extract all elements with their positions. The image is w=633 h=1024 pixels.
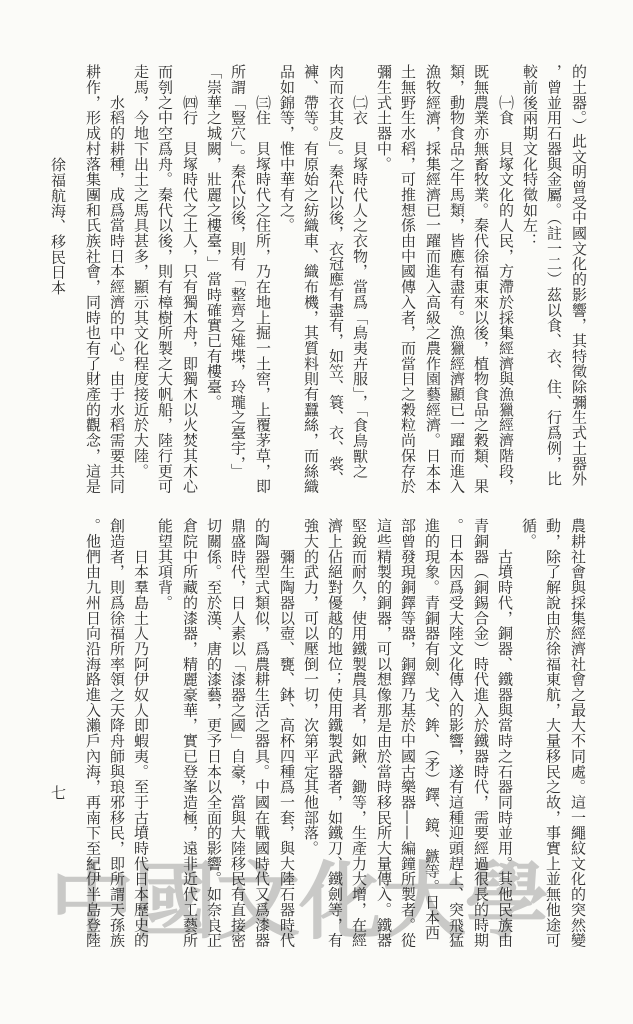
running-head: 徐福航海、移民日本 [50, 157, 65, 295]
text-column: 土無野生水稻，可推想係由中國傳入者，而當日之穀粒尚保存於 [400, 64, 415, 494]
text-column: 耕作，形成村落集團和氏族社會，同時也有了財產的觀念，這是 [85, 64, 100, 494]
text-column: 農耕社會與採集經濟社會之最大不同處。這一繩紋文化的突然變 [570, 518, 585, 948]
text-column: 強大的武力，可以壓倒一切，次第平定其他部落。 [303, 518, 318, 856]
text-column: 青銅器（銅錫合金）時代進入於鐵器時代，需要經過很長的時期 [473, 518, 488, 948]
text-column: 而刳之中空爲舟。秦代以後，則有樟樹所製之大帆船，陸行更可 [157, 64, 172, 494]
text-column: 所謂「豎穴」。秦代以後，則有「整齊之雉堞，玲瓏之臺宇，」 [230, 64, 245, 479]
text-column: 較前後兩期文化特徵如左： [522, 64, 537, 248]
section-clothing: ㈡衣 貝塚時代人之衣物，當爲「鳥夷卉服」，「食鳥獸之 [352, 64, 367, 479]
text-column: 「崇華之城闕，壯麗之樓臺，」當時確實已有樓臺。 [206, 64, 221, 410]
text-column: 進的現象。青銅器有劍、戈、鉾、（矛）鐸、鏡、鏃等。日本西 [424, 518, 439, 940]
text-column: 古墳時代，銅器、鐵器與當時之石器同時並用。其他民族由 [497, 518, 512, 948]
text-column: 倉院中所藏的漆器，精麗豪華，實已登峯造極，遠非近代工藝所 [182, 518, 197, 948]
text-column: 鼎盛時代，日人素以「漆器之國」自豪，當與大陸移民有直接密 [230, 518, 245, 948]
text-column: 彌生陶器以壺、甕、鉢、高杯四種爲一套，與大陸石器時代 [279, 518, 294, 948]
text-column: 。日本因爲受大陸文化傳入的影響，遂有這種迎頭趕上、突飛猛 [448, 518, 463, 948]
scanned-page: 中國文化大學 徐福航海、移民日本 七 的土器。）此文明曾受中國文化的影響，其特徵… [0, 0, 633, 1024]
text-column: 的陶器型式類似，爲農耕生活之器具。中國在戰國時代又爲漆器 [254, 518, 269, 948]
text-column: 部曾發現銅鐸等器，銅鐸乃基於中國古樂器——編鐘所製者。從 [400, 518, 415, 948]
text-column: 彌生式土器中。 [376, 64, 391, 171]
text-column: 能望其項背。 [157, 518, 172, 610]
section-dwelling: ㈢住 貝塚時代之住所，乃在地上掘一土窖，上覆茅草，即 [255, 64, 270, 494]
text-column: 水稻的耕種，成爲當時日本經濟的中心。由于水稻需要共同 [109, 64, 124, 494]
text-column: 。他們由九州日向沿海路進入瀨戶內海，再南下至紀伊半島登陸 [85, 518, 100, 948]
text-column: 切關係。至於漢、唐的漆藝，更予日本以全面的影響。如奈良正 [206, 518, 221, 948]
section-food: ㈠食 貝塚文化的人民，方滯於採集經濟與漁獵經濟階段， [498, 64, 513, 494]
text-column: 堅銳而耐久，使用鐵製農具者，如鍬、鋤等，生產力大增，在經 [351, 518, 366, 948]
text-column: 褲、帶等。有原始之紡織車、織布機，其質料則有蠶絲，而絲織 [303, 64, 318, 494]
text-column: 既無農業亦無畜牧業。秦代徐福東來以後，植物食品之穀類、果 [473, 64, 488, 494]
text-column: 品如錦等，惟中華有之。 [279, 64, 294, 233]
text-column: 這些精製的銅器，可以想像那是由於當時移民所大量傳入。鐵器 [376, 518, 391, 948]
text-column: 的土器。）此文明曾受中國文化的影響，其特徵除彌生式土器外 [571, 64, 586, 486]
text-column: 創造者，則爲徐福所率領之天降舟師與琅邪移民，即所謂天孫族 [109, 518, 124, 948]
page-number: 七 [50, 785, 65, 800]
text-column: 漁牧經濟，採集經濟已一躍而進入高級之農作園藝經濟。日本本 [425, 64, 440, 494]
text-column: 動，除了解說由於徐福東航，大量移民之故，事實上並無他途可 [545, 518, 560, 948]
text-column: ，曾並用石器與金屬。（註一二）茲以食、衣、住、行爲例，比 [546, 64, 561, 486]
text-column: 日本羣島土人乃阿伊奴人即蝦夷。至于古墳時代日本歷史的 [133, 518, 148, 948]
section-travel: ㈣行 貝塚時代之土人，只有獨木舟，即獨木以火焚其木心 [182, 64, 197, 494]
text-column: 類，動物食品之牛馬類，皆應有盡有。漁獵經濟顯已一躍而進入 [449, 64, 464, 494]
text-column: 循。 [521, 518, 536, 549]
text-column: 走馬，今地下出土之馬具甚多，顯示其文化程度接近於大陸。 [133, 64, 148, 478]
text-column: 濟上佔絕對優越的地位；使用鐵製武器者，如鐵刀、鐵劍等，有 [327, 518, 342, 948]
text-column: 肉而衣其皮」。秦代以後，衣冠應有盡有，如笠、簑、衣、裳、 [328, 64, 343, 486]
